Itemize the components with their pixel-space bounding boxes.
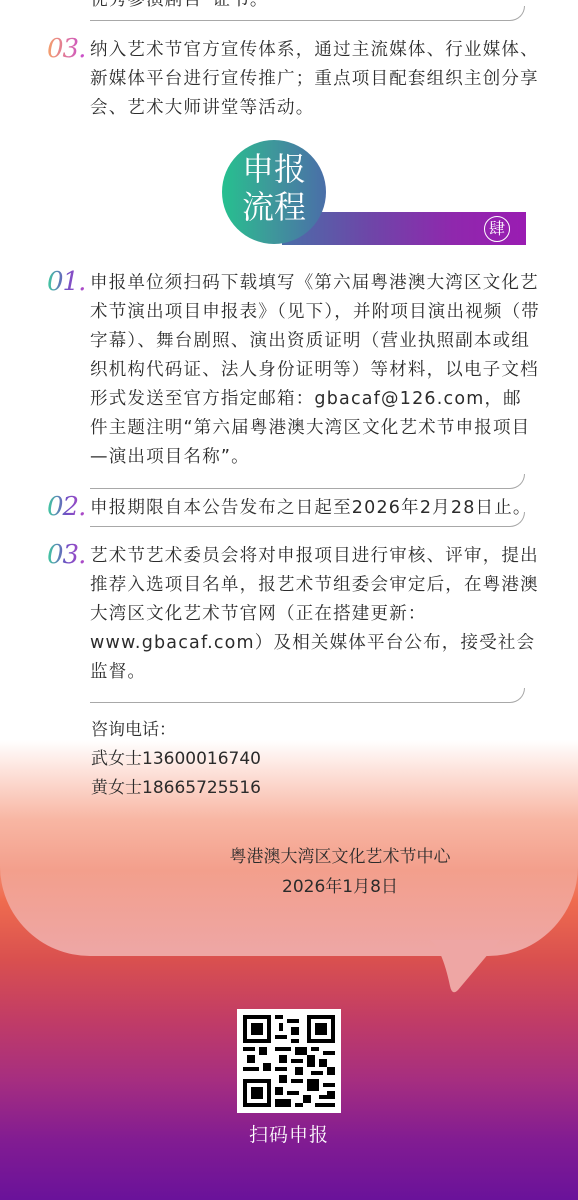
item-number: 03. bbox=[47, 540, 85, 570]
benefit-item-03: 03. 纳入艺术节官方宣传体系，通过主流媒体、行业媒体、新媒体平台进行宣传推广；… bbox=[40, 36, 540, 123]
process-item-03: 03. 艺术节艺术委员会将对申报项目进行审核、评审，提出推荐入选项目名单，报艺术… bbox=[40, 542, 540, 687]
bubble-tail bbox=[430, 940, 500, 1000]
process-item-01: 01. 申报单位须扫码下载填写《第六届粤港澳大湾区文化艺术节演出项目申报表》（见… bbox=[40, 269, 540, 472]
divider bbox=[90, 512, 525, 527]
item-number: 01. bbox=[47, 267, 85, 297]
item-text: 纳入艺术节官方宣传体系，通过主流媒体、行业媒体、新媒体平台进行宣传推广；重点项目… bbox=[90, 36, 540, 123]
contact-phone[interactable]: 黄女士18665725516 bbox=[91, 774, 261, 803]
item-text: 申报单位须扫码下载填写《第六届粤港澳大湾区文化艺术节演出项目申报表》（见下），并… bbox=[90, 269, 540, 472]
divider bbox=[90, 474, 525, 489]
section-title: 申报 流程 bbox=[242, 150, 322, 226]
signature-org: 粤港澳大湾区文化艺术节中心 bbox=[150, 842, 530, 872]
item-text: 艺术节艺术委员会将对申报项目进行审核、评审，提出推荐入选项目名单，报艺术节组委会… bbox=[90, 542, 540, 687]
contact-label: 咨询电话： bbox=[91, 716, 261, 745]
divider bbox=[90, 6, 525, 21]
qr-code-icon[interactable] bbox=[237, 1009, 341, 1113]
item-number: 02. bbox=[47, 492, 85, 522]
section-number-badge: 肆 bbox=[484, 216, 510, 242]
item-number: 03. bbox=[47, 34, 85, 64]
divider bbox=[90, 688, 525, 703]
qr-label: 扫码申报 bbox=[200, 1120, 378, 1147]
signature-date: 2026年1月8日 bbox=[150, 872, 530, 902]
section-header-process: 申报 流程 肆 bbox=[222, 140, 528, 250]
contact-phone[interactable]: 武女士13600016740 bbox=[91, 745, 261, 774]
contact-block: 咨询电话： 武女士13600016740 黄女士18665725516 bbox=[91, 716, 261, 803]
signature: 粤港澳大湾区文化艺术节中心 2026年1月8日 bbox=[150, 842, 530, 902]
